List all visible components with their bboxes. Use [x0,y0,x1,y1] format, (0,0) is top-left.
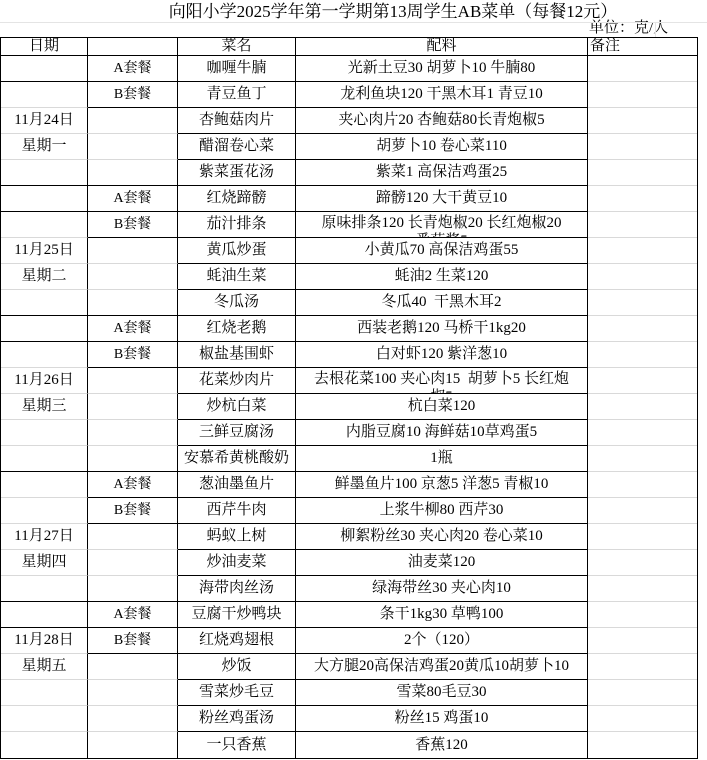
dish-name-cell: 紫菜蛋花汤 [178,160,296,186]
dish-name-cell: 三鲜豆腐汤 [178,420,296,446]
notes-cell [588,628,697,654]
ingredients-cell: 油麦菜120 [296,550,588,576]
notes-cell [588,56,697,82]
dish-name-cell: 葱油墨鱼片 [178,472,296,498]
ingredients-cell: 蚝油2 生菜120 [296,264,588,290]
ingredients-cell: 去根花菜100 夹心肉15 胡萝卜5 长红炮 椒5 [296,368,588,394]
date-cell: 11月27日 [1,524,88,550]
date-cell: 星期三 [1,394,88,420]
notes-cell [588,550,697,576]
date-cell [1,316,88,342]
notes-cell [588,524,697,550]
notes-cell [588,706,697,732]
notes-cell [588,576,697,602]
meal-type-cell: B套餐 [88,498,178,524]
meal-type-cell [88,524,178,550]
dish-name-cell: 杏鲍菇肉片 [178,108,296,134]
dish-name-cell: 咖喱牛腩 [178,56,296,82]
meal-type-cell: B套餐 [88,628,178,654]
ingredients-cell: 冬瓜40 干黑木耳2 [296,290,588,316]
ingredients-cell: 鲜墨鱼片100 京葱5 洋葱5 青椒10 [296,472,588,498]
meal-type-cell: A套餐 [88,316,178,342]
date-cell [1,186,88,212]
date-cell [1,420,88,446]
gridline-vertical [655,22,656,37]
meal-type-cell [88,680,178,706]
meal-type-cell [88,134,178,160]
dish-name-cell: 冬瓜汤 [178,290,296,316]
notes-cell [588,134,697,160]
date-cell [1,732,88,758]
date-cell [1,680,88,706]
notes-cell [588,498,697,524]
ingredients-cell: 粉丝15 鸡蛋10 [296,706,588,732]
ingredients-cell: 原味排条120 长青炮椒20 长红炮椒20 番茄酱5 [296,212,588,238]
notes-cell [588,394,697,420]
date-cell [1,342,88,368]
ingredients-cell: 绿海带丝30 夹心肉10 [296,576,588,602]
dish-name-cell: 豆腐干炒鸭块 [178,602,296,628]
meal-type-cell [88,264,178,290]
notes-cell [588,732,697,758]
ingredients-cell: 雪菜80毛豆30 [296,680,588,706]
ingredients-cell: 胡萝卜10 卷心菜110 [296,134,588,160]
meal-type-cell: A套餐 [88,602,178,628]
ingredients-cell: 龙利鱼块120 干黑木耳1 青豆10 [296,82,588,108]
date-cell: 11月26日 [1,368,88,394]
dish-name-cell: 红烧鸡翅根 [178,628,296,654]
meal-type-cell: A套餐 [88,186,178,212]
date-cell [1,706,88,732]
ingredients-cell: 蹄髈120 大干黄豆10 [296,186,588,212]
dish-name-cell: 椒盐基围虾 [178,342,296,368]
meal-type-cell [88,238,178,264]
meal-type-cell [88,290,178,316]
header-notes: 备注 [588,38,697,56]
ingredients-cell: 杭白菜120 [296,394,588,420]
date-cell [1,82,88,108]
dish-name-cell: 红烧老鹅 [178,316,296,342]
meal-type-cell [88,446,178,472]
header-meal [88,38,178,56]
dish-name-cell: 海带肉丝汤 [178,576,296,602]
date-cell: 星期一 [1,134,88,160]
ingredients-cell: 柳絮粉丝30 夹心肉20 卷心菜10 [296,524,588,550]
meal-type-cell [88,160,178,186]
meal-type-cell [88,550,178,576]
date-cell [1,576,88,602]
ingredients-cell: 条干1kg30 草鸭100 [296,602,588,628]
menu-sheet: 向阳小学2025学年第一学期第13周学生AB菜单（每餐12元） 单位：克/人 日… [0,0,707,760]
ingredients-cell: 小黄瓜70 高保洁鸡蛋55 [296,238,588,264]
date-cell [1,290,88,316]
header-ingredients: 配料 [296,38,588,56]
meal-type-cell [88,732,178,758]
notes-cell [588,420,697,446]
gridline-horizontal [0,22,707,23]
ingredients-cell: 夹心肉片20 杏鲍菇80长青炮椒5 [296,108,588,134]
ingredients-cell: 2个（120） [296,628,588,654]
meal-type-cell [88,108,178,134]
dish-name-cell: 西芹牛肉 [178,498,296,524]
dish-name-cell: 炒杭白菜 [178,394,296,420]
dish-name-cell: 炒饭 [178,654,296,680]
dish-name-cell: 一只香蕉 [178,732,296,758]
notes-cell [588,264,697,290]
meal-type-cell [88,706,178,732]
date-cell: 星期四 [1,550,88,576]
ingredients-cell: 香蕉120 [296,732,588,758]
notes-cell [588,602,697,628]
meal-type-cell [88,576,178,602]
ingredients-cell: 白对虾120 紫洋葱10 [296,342,588,368]
notes-cell [588,82,697,108]
dish-name-cell: 炒油麦菜 [178,550,296,576]
dish-name-cell: 花菜炒肉片 [178,368,296,394]
date-cell [1,446,88,472]
notes-cell [588,238,697,264]
ingredients-cell: 1瓶 [296,446,588,472]
page-title: 向阳小学2025学年第一学期第13周学生AB菜单（每餐12元） [88,0,698,22]
notes-cell [588,342,697,368]
dish-name-cell: 安慕希黄桃酸奶 [178,446,296,472]
dish-name-cell: 青豆鱼丁 [178,82,296,108]
notes-cell [588,160,697,186]
date-cell: 11月24日 [1,108,88,134]
date-cell: 星期五 [1,654,88,680]
date-cell [1,160,88,186]
notes-cell [588,446,697,472]
ingredients-cell: 西装老鹅120 马桥干1kg20 [296,316,588,342]
notes-cell [588,680,697,706]
date-cell [1,602,88,628]
dish-name-cell: 蚂蚁上树 [178,524,296,550]
ingredients-cell: 紫菜1 高保洁鸡蛋25 [296,160,588,186]
ingredients-cell: 光新土豆30 胡萝卜10 牛腩80 [296,56,588,82]
ingredients-cell: 上浆牛柳80 西芹30 [296,498,588,524]
notes-cell [588,186,697,212]
dish-name-cell: 黄瓜炒蛋 [178,238,296,264]
meal-type-cell: A套餐 [88,472,178,498]
header-dish: 菜名 [178,38,296,56]
notes-cell [588,316,697,342]
meal-type-cell [88,420,178,446]
dish-name-cell: 粉丝鸡蛋汤 [178,706,296,732]
dish-name-cell: 茄汁排条 [178,212,296,238]
date-cell [1,56,88,82]
meal-type-cell [88,654,178,680]
date-cell [1,472,88,498]
dish-name-cell: 红烧蹄髈 [178,186,296,212]
ingredients-cell: 大方腿20高保洁鸡蛋20黄瓜10胡萝卜10 [296,654,588,680]
dish-name-cell: 雪菜炒毛豆 [178,680,296,706]
date-cell [1,498,88,524]
meal-type-cell: B套餐 [88,82,178,108]
ingredients-cell: 内脂豆腐10 海鲜菇10草鸡蛋5 [296,420,588,446]
notes-cell [588,290,697,316]
notes-cell [588,368,697,394]
meal-type-cell: A套餐 [88,56,178,82]
notes-cell [588,108,697,134]
meal-type-cell [88,394,178,420]
date-cell: 11月25日 [1,238,88,264]
date-cell: 11月28日 [1,628,88,654]
notes-cell [588,654,697,680]
dish-name-cell: 蚝油生菜 [178,264,296,290]
dish-name-cell: 醋溜卷心菜 [178,134,296,160]
notes-cell [588,212,697,238]
header-date: 日期 [1,38,88,56]
meal-type-cell: B套餐 [88,342,178,368]
meal-type-cell [88,368,178,394]
date-cell [1,212,88,238]
menu-table: 日期菜名配料备注A套餐咖喱牛腩光新土豆30 胡萝卜10 牛腩80B套餐青豆鱼丁龙… [0,37,698,759]
meal-type-cell: B套餐 [88,212,178,238]
date-cell: 星期二 [1,264,88,290]
notes-cell [588,472,697,498]
